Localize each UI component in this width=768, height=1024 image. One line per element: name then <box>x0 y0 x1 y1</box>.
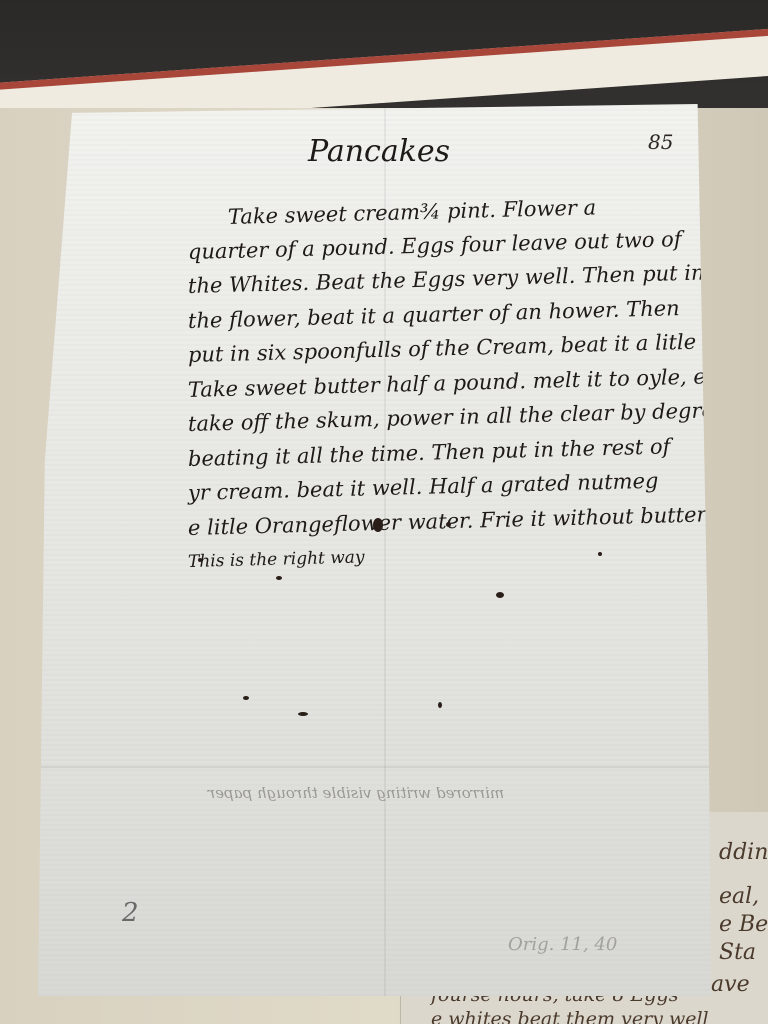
under-fragment: eal, <box>719 884 759 909</box>
pencil-mark: 2 <box>122 898 139 928</box>
pencil-annotation: Orig. 11, 40 <box>508 934 617 955</box>
recipe-title: Pancakes <box>308 134 450 169</box>
paper-fold-horizontal <box>38 766 718 768</box>
under-fragment: dding <box>719 840 768 865</box>
manuscript-leaf: Pancakes 85 Take sweet cream¾ pint. Flow… <box>38 104 718 996</box>
folio-number: 85 <box>648 130 673 154</box>
show-through-writing: mirrored writing visible through paper <box>208 784 504 802</box>
under-fragment: Sta <box>719 940 756 965</box>
under-fragment: e Be <box>719 912 768 937</box>
recipe-body: Take sweet cream¾ pint. Flower a quarter… <box>188 200 728 580</box>
under-fragment: e whites beat them very well <box>431 1008 709 1024</box>
